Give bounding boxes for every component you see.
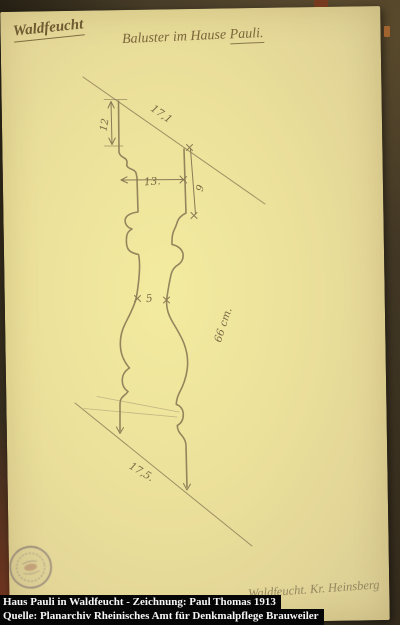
- caption-line-1: Haus Pauli in Waldfeucht - Zeichnung: Pa…: [0, 595, 281, 610]
- caption-line-2: Quelle: Planarchiv Rheinisches Amt für D…: [0, 609, 324, 625]
- dim-label-left-height: 12: [99, 118, 112, 132]
- dim-label-neck-width: 5: [145, 292, 154, 305]
- profile-right: [167, 149, 188, 487]
- dim-label-mid-width: 13.: [144, 175, 161, 188]
- dim-label-bottom-rail: 17,5.: [127, 460, 156, 484]
- bottom-rail-line: [75, 403, 252, 546]
- dim-label-right-height: 9: [195, 183, 207, 193]
- profile-left: [119, 101, 140, 431]
- dim-label-top-rail: 17,1: [148, 103, 174, 126]
- dim-label-total-height: 66 cm.: [212, 306, 234, 344]
- baluster-drawing: 17,1 12 13. 9 5 66 cm. 17,5.: [0, 0, 400, 625]
- archive-photo: 17,1 12 13. 9 5 66 cm. 17,5. Waldfeucht …: [0, 0, 400, 625]
- archive-stamp-icon: [2, 539, 63, 600]
- drawing-title-name: Pauli.: [229, 26, 264, 44]
- construction-lines: [84, 397, 179, 418]
